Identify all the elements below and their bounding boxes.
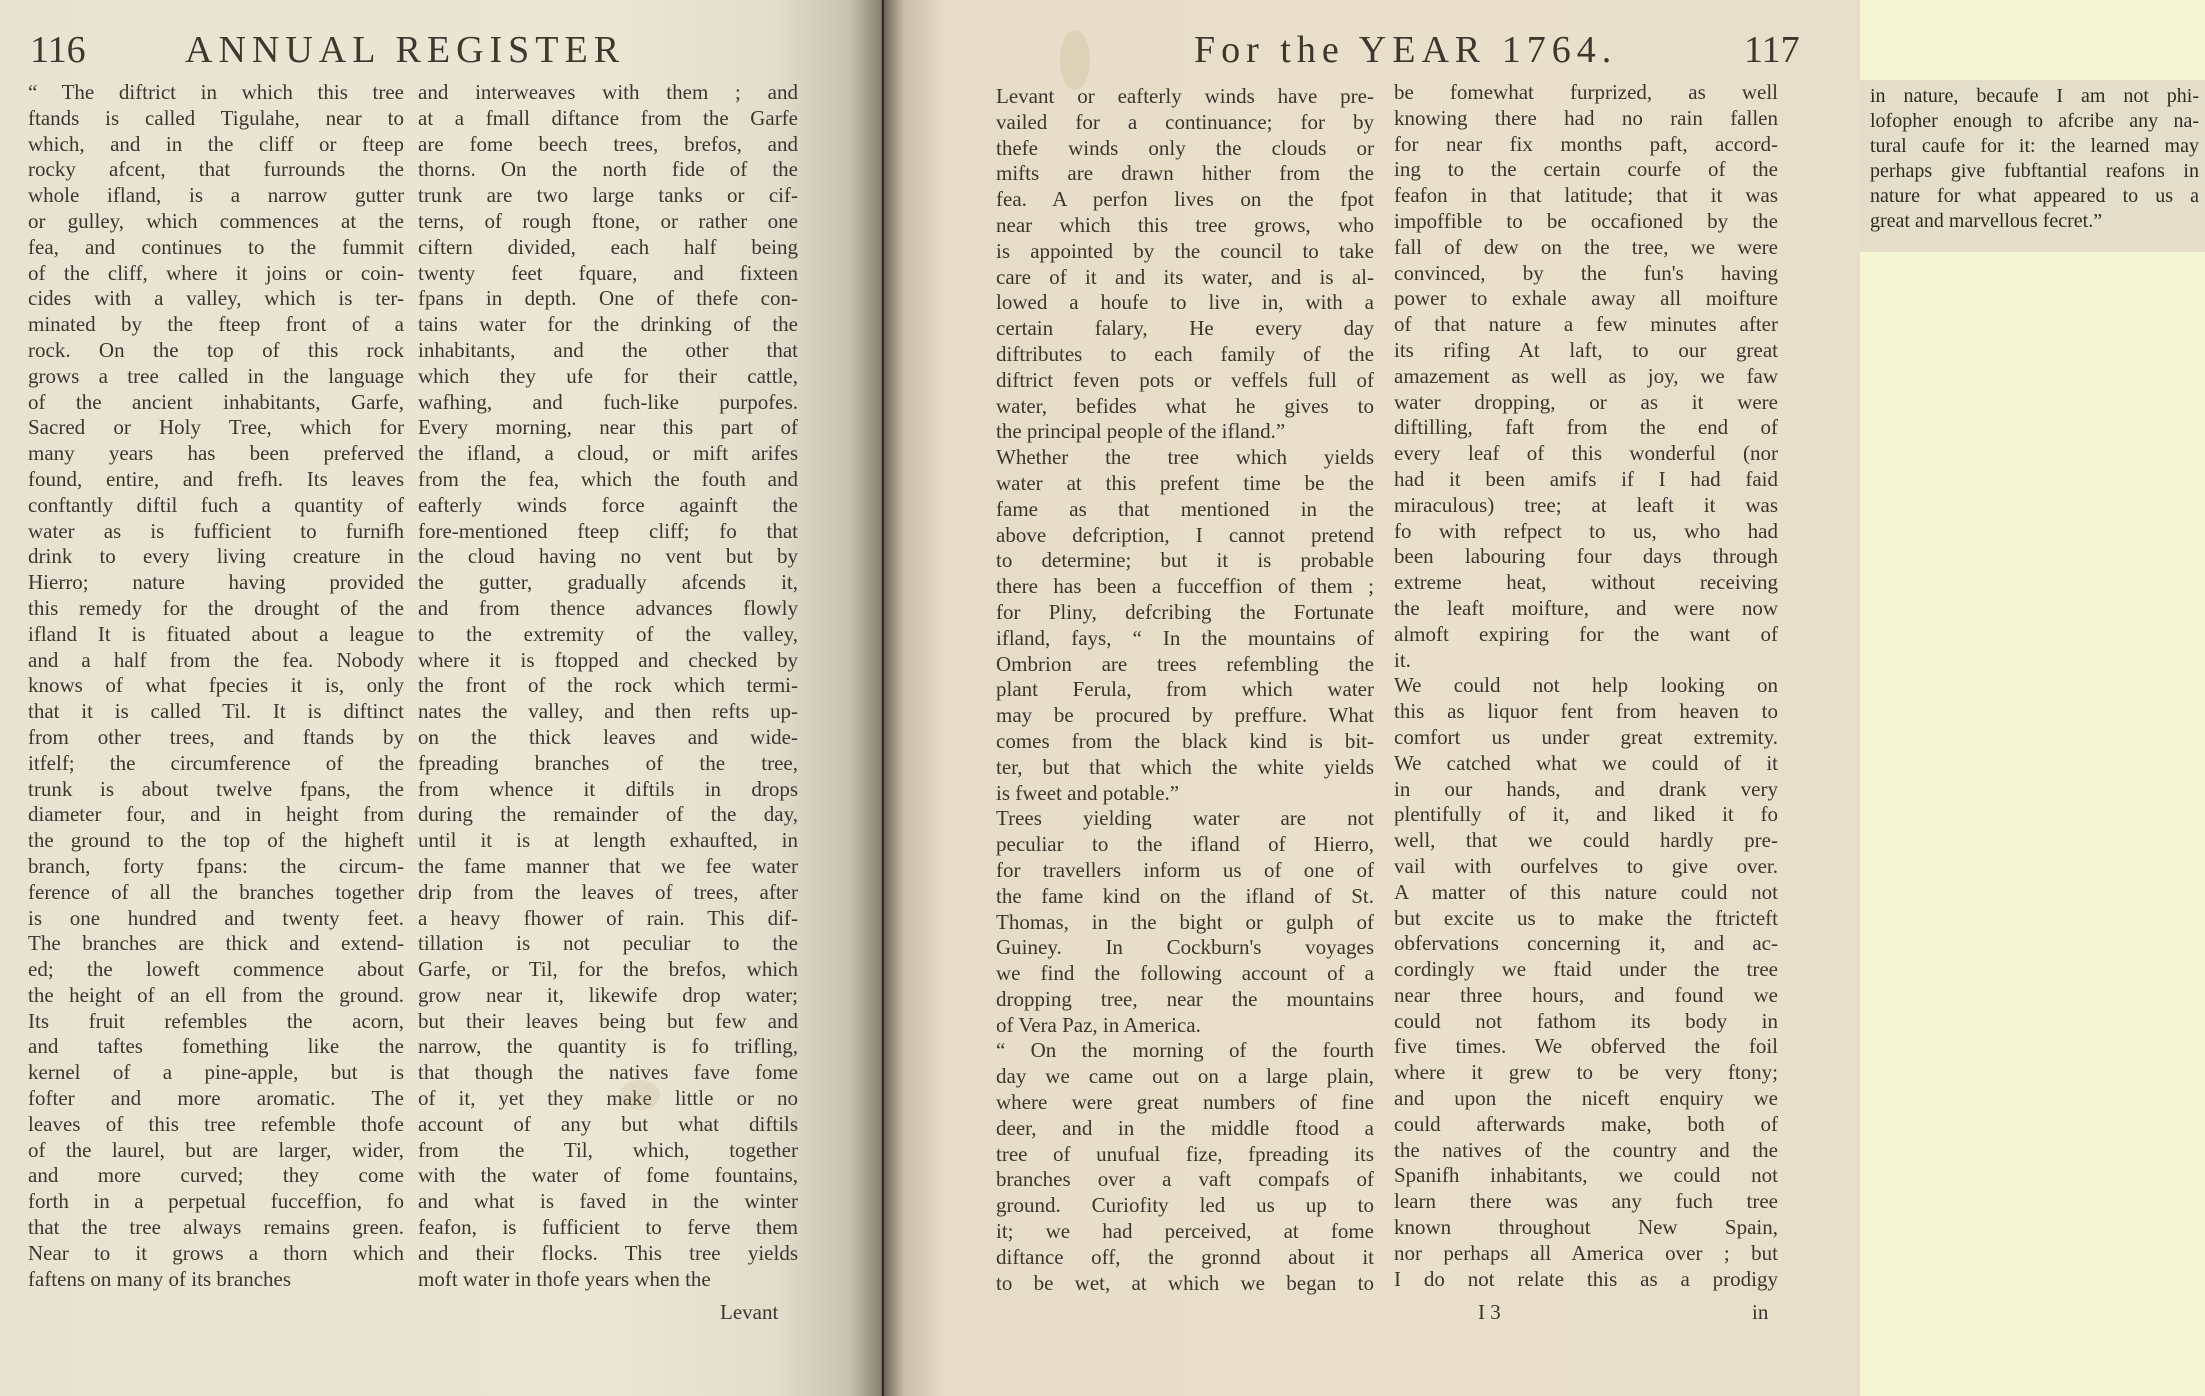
text-line: nates the valley, and then refts up- xyxy=(418,699,798,725)
text-line: which, and in the cliff or fteep xyxy=(28,132,404,158)
text-line: day we came out on a large plain, xyxy=(996,1064,1374,1090)
text-line: of it, yet they make little or no xyxy=(418,1086,798,1112)
text-line: twenty feet fquare, and fixteen xyxy=(418,261,798,287)
text-line: in nature, becaufe I am not phi- xyxy=(1870,84,2199,109)
text-line: whole ifland, is a narrow gutter xyxy=(28,183,404,209)
text-line: diftilling, faft from the end of xyxy=(1394,415,1778,441)
book-spread: 116 ANNUAL REGISTER “ The diftrict in wh… xyxy=(0,0,1860,1396)
running-head-left: ANNUAL REGISTER xyxy=(185,28,625,72)
text-line: convinced, by the fun's having xyxy=(1394,261,1778,287)
text-line: with the water of fome fountains, xyxy=(418,1163,798,1189)
text-line: ftands is called Tigulahe, near to xyxy=(28,106,404,132)
text-line: ifland, fays, “ In the mountains of xyxy=(996,626,1374,652)
text-line: itfelf; the circumference of the xyxy=(28,751,404,777)
text-line: inhabitants, and the other that xyxy=(418,338,798,364)
text-line: diameter four, and in height from xyxy=(28,802,404,828)
text-line: which they ufe for their cattle, xyxy=(418,364,798,390)
text-line: rock. On the top of this rock xyxy=(28,338,404,364)
text-line: the cloud having no vent but by xyxy=(418,544,798,570)
text-line: but their leaves being but few and xyxy=(418,1009,798,1035)
text-line: We catched what we could of it xyxy=(1394,751,1778,777)
text-line: five times. We obferved the foil xyxy=(1394,1034,1778,1060)
text-line: during the remainder of the day, xyxy=(418,802,798,828)
text-line: ifland It is fituated about a league xyxy=(28,622,404,648)
text-line: for Pliny, defcribing the Fortunate xyxy=(996,600,1374,626)
text-line: trunk is about twelve fpans, the xyxy=(28,777,404,803)
text-line: knows of what fpecies it is, only xyxy=(28,673,404,699)
text-line: many years has been preferved xyxy=(28,441,404,467)
text-line: dropping tree, near the mountains xyxy=(996,987,1374,1013)
text-line: could not fathom its body in xyxy=(1394,1009,1778,1035)
text-line: it; we had perceived, at fome xyxy=(996,1219,1374,1245)
text-line: and more curved; they come xyxy=(28,1163,404,1189)
text-line: leaves of this tree refemble thofe xyxy=(28,1112,404,1138)
text-line: ing to the certain courfe of the xyxy=(1394,157,1778,183)
text-line: thorns. On the north fide of the xyxy=(418,157,798,183)
text-column-right-2: be fomewhat furprized, as wellknowing th… xyxy=(1394,80,1778,1292)
text-line: obfervations concerning it, and ac- xyxy=(1394,931,1778,957)
text-line: from the Til, which, together xyxy=(418,1138,798,1164)
text-line: that it is called Til. It is diftinct xyxy=(28,699,404,725)
text-line: could afterwards make, both of xyxy=(1394,1112,1778,1138)
text-line: tillation is not peculiar to the xyxy=(418,931,798,957)
text-line: kernel of a pine-apple, but is xyxy=(28,1060,404,1086)
text-line: had it been amifs if I had faid xyxy=(1394,467,1778,493)
text-line: fall of dew on the tree, we were xyxy=(1394,235,1778,261)
text-line: diftance off, the gronnd about it xyxy=(996,1245,1374,1271)
text-line: near which this tree grows, who xyxy=(996,213,1374,239)
text-line: We could not help looking on xyxy=(1394,673,1778,699)
text-line: every leaf of this wonderful (nor xyxy=(1394,441,1778,467)
text-line: in our hands, and drank very xyxy=(1394,777,1778,803)
text-line: and taftes fomething like the xyxy=(28,1034,404,1060)
text-line: plant Ferula, from which water xyxy=(996,677,1374,703)
text-line: cides with a valley, which is ter- xyxy=(28,286,404,312)
text-line: great and marvellous fecret.” xyxy=(1870,209,2199,234)
text-line: found, entire, and frefh. Its leaves xyxy=(28,467,404,493)
text-line: the ground to the top of the higheft xyxy=(28,828,404,854)
text-line: learn there was any fuch tree xyxy=(1394,1189,1778,1215)
continuation-clipping: in nature, becaufe I am not phi-lofopher… xyxy=(1860,80,2205,252)
text-line: wafhing, and fuch-like purpofes. xyxy=(418,390,798,416)
text-line: rocky afcent, that furrounds the xyxy=(28,157,404,183)
text-line: to determine; but it is probable xyxy=(996,548,1374,574)
text-line: the natives of the country and the xyxy=(1394,1138,1778,1164)
text-line: A matter of this nature could not xyxy=(1394,880,1778,906)
text-line: that though the natives fave fome xyxy=(418,1060,798,1086)
text-line: and their flocks. This tree yields xyxy=(418,1241,798,1267)
text-line: of the ancient inhabitants, Garfe, xyxy=(28,390,404,416)
text-line: fpreading branches of the tree, xyxy=(418,751,798,777)
text-line: for travellers inform us of one of xyxy=(996,858,1374,884)
text-line: is one hundred and twenty feet. xyxy=(28,906,404,932)
text-line: is appointed by the council to take xyxy=(996,239,1374,265)
text-line: lowed a houfe to live in, with a xyxy=(996,290,1374,316)
text-line: conftantly diftil fuch a quantity of xyxy=(28,493,404,519)
text-line: water, befides what he gives to xyxy=(996,394,1374,420)
text-line: Spanifh inhabitants, we could not xyxy=(1394,1163,1778,1189)
text-line: water as is fufficient to furnifh xyxy=(28,519,404,545)
text-line: been labouring four days through xyxy=(1394,544,1778,570)
text-line: thefe winds only the clouds or xyxy=(996,136,1374,162)
text-line: lofopher enough to afcribe any na- xyxy=(1870,109,2199,134)
text-line: where were great numbers of fine xyxy=(996,1090,1374,1116)
paper-stain xyxy=(620,1080,660,1110)
catchword-right: in xyxy=(1752,1300,1768,1325)
text-line: extreme heat, without receiving xyxy=(1394,570,1778,596)
text-line: narrow, the quantity is fo trifling, xyxy=(418,1034,798,1060)
text-line: water at this prefent time be the xyxy=(996,471,1374,497)
text-line: from other trees, and ftands by xyxy=(28,725,404,751)
text-line: almoft expiring for the want of xyxy=(1394,622,1778,648)
text-line: terns, of rough ftone, or rather one xyxy=(418,209,798,235)
text-line: plentifully of it, and liked it fo xyxy=(1394,802,1778,828)
text-line: nature for what appeared to us a xyxy=(1870,184,2199,209)
text-line: miraculous) tree; at leaft it was xyxy=(1394,493,1778,519)
text-line: The branches are thick and extend- xyxy=(28,931,404,957)
text-line: the fame kind on the ifland of St. xyxy=(996,884,1374,910)
text-line: minated by the fteep front of a xyxy=(28,312,404,338)
text-line: the leaft moifture, and were now xyxy=(1394,596,1778,622)
text-line: ter, but that which the white yields xyxy=(996,755,1374,781)
text-column-left-1: “ The diftrict in which this treeftands … xyxy=(28,80,404,1292)
text-line: fea. A perfon lives on the fpot xyxy=(996,187,1374,213)
text-line: Thomas, in the bight or gulph of xyxy=(996,910,1374,936)
text-line: moft water in thofe years when the xyxy=(418,1267,798,1293)
text-line: well, that we could hardly pre- xyxy=(1394,828,1778,854)
text-column-left-2: and interweaves with them ; andat a fmal… xyxy=(418,80,798,1292)
text-line: certain falary, He every day xyxy=(996,316,1374,342)
text-line: nor perhaps all America over ; but xyxy=(1394,1241,1778,1267)
text-line: from the fea, which the fouth and xyxy=(418,467,798,493)
text-line: to the extremity of the valley, xyxy=(418,622,798,648)
text-line: grows a tree called in the language xyxy=(28,364,404,390)
text-line: Guiney. In Cockburn's voyages xyxy=(996,935,1374,961)
text-line: Hierro; nature having provided xyxy=(28,570,404,596)
text-line: vailed for a continuance; for by xyxy=(996,110,1374,136)
text-line: where it is ftopped and checked by xyxy=(418,648,798,674)
text-line: grow near it, likewife drop water; xyxy=(418,983,798,1009)
text-line: trunk are two large tanks or cif- xyxy=(418,183,798,209)
running-head-right: For the YEAR 1764. xyxy=(1194,28,1617,72)
text-line: at a fmall diftance from the Garfe xyxy=(418,106,798,132)
text-line: and upon the niceft enquiry we xyxy=(1394,1086,1778,1112)
catchword-left: Levant xyxy=(720,1300,778,1325)
text-line: Ombrion are trees refembling the xyxy=(996,652,1374,678)
text-line: eafterly winds force againft the xyxy=(418,493,798,519)
text-line: that the tree always remains green. xyxy=(28,1215,404,1241)
text-line: care of it and its water, and is al- xyxy=(996,265,1374,291)
text-line: faftens on many of its branches xyxy=(28,1267,404,1293)
text-line: drip from the leaves of trees, after xyxy=(418,880,798,906)
text-line: the principal people of the ifland.” xyxy=(996,419,1374,445)
text-line: tains water for the drinking of the xyxy=(418,312,798,338)
text-line: known throughout New Spain, xyxy=(1394,1215,1778,1241)
text-line: fo with refpect to us, who had xyxy=(1394,519,1778,545)
text-line: Sacred or Holy Tree, which for xyxy=(28,415,404,441)
text-line: there has been a fucceffion of them ; xyxy=(996,574,1374,600)
text-line: Trees yielding water are not xyxy=(996,806,1374,832)
text-line: the gutter, gradually afcends it, xyxy=(418,570,798,596)
text-line: ference of all the branches together xyxy=(28,880,404,906)
text-column-right-1: Levant or eafterly winds have pre-vailed… xyxy=(996,84,1374,1296)
text-line: the ifland, a cloud, or mift arifes xyxy=(418,441,798,467)
left-page: 116 ANNUAL REGISTER “ The diftrict in wh… xyxy=(0,0,884,1396)
text-line: or gulley, which commences at the xyxy=(28,209,404,235)
text-line: account of any but what diftils xyxy=(418,1112,798,1138)
text-line: it. xyxy=(1394,648,1778,674)
signature-mark: I 3 xyxy=(1478,1300,1501,1325)
text-line: its rifing At laft, to our great xyxy=(1394,338,1778,364)
text-line: feafon, is fufficient to ferve them xyxy=(418,1215,798,1241)
text-line: amazement as well as joy, we faw xyxy=(1394,364,1778,390)
text-line: diftrict feven pots or veffels full of xyxy=(996,368,1374,394)
text-line: this remedy for the drought of the xyxy=(28,596,404,622)
paper-stain xyxy=(1060,30,1090,90)
text-line: Garfe, or Til, for the brefos, which xyxy=(418,957,798,983)
text-line: the height of an ell from the ground. xyxy=(28,983,404,1009)
text-line: I do not relate this as a prodigy xyxy=(1394,1267,1778,1293)
text-line: peculiar to the ifland of Hierro, xyxy=(996,832,1374,858)
text-line: where it grew to be very ftony; xyxy=(1394,1060,1778,1086)
text-line: we find the following account of a xyxy=(996,961,1374,987)
text-line: Levant or eafterly winds have pre- xyxy=(996,84,1374,110)
text-line: branches over a vaft compafs of xyxy=(996,1167,1374,1193)
text-line: “ On the morning of the fourth xyxy=(996,1038,1374,1064)
text-line: comfort us under great extremity. xyxy=(1394,725,1778,751)
text-line: near three hours, and found we xyxy=(1394,983,1778,1009)
text-line: for near fix months paft, accord- xyxy=(1394,132,1778,158)
text-line: from whence it diftils in drops xyxy=(418,777,798,803)
text-line: to be wet, at which we began to xyxy=(996,1271,1374,1297)
text-line: Near to it grows a thorn which xyxy=(28,1241,404,1267)
text-line: diftributes to each family of the xyxy=(996,342,1374,368)
text-line: perhaps give fubftantial reafons in xyxy=(1870,159,2199,184)
text-line: and interweaves with them ; and xyxy=(418,80,798,106)
text-line: on the thick leaves and wide- xyxy=(418,725,798,751)
text-line: and a half from the fea. Nobody xyxy=(28,648,404,674)
text-line: of the cliff, where it joins or coin- xyxy=(28,261,404,287)
text-line: of the laurel, but are larger, wider, xyxy=(28,1138,404,1164)
text-line: this as liquor fent from heaven to xyxy=(1394,699,1778,725)
text-line: forth in a perpetual fucceffion, fo xyxy=(28,1189,404,1215)
text-line: fpans in depth. One of thefe con- xyxy=(418,286,798,312)
text-line: fea, and continues to the fummit xyxy=(28,235,404,261)
text-line: of Vera Paz, in America. xyxy=(996,1013,1374,1039)
text-line: fore-mentioned fteep cliff; fo that xyxy=(418,519,798,545)
text-line: the fame manner that we fee water xyxy=(418,854,798,880)
text-line: may be procured by preffure. What xyxy=(996,703,1374,729)
page-number-left: 116 xyxy=(30,28,86,72)
text-line: feafon in that latitude; that it was xyxy=(1394,183,1778,209)
text-line: impoffible to be occafioned by the xyxy=(1394,209,1778,235)
text-line: until it is at length exhaufted, in xyxy=(418,828,798,854)
text-line: Its fruit refembles the acorn, xyxy=(28,1009,404,1035)
text-line: comes from the black kind is bit- xyxy=(996,729,1374,755)
text-line: ground. Curiofity led us up to xyxy=(996,1193,1374,1219)
text-line: cordingly we ftaid under the tree xyxy=(1394,957,1778,983)
text-line: Whether the tree which yields xyxy=(996,445,1374,471)
text-line: Every morning, near this part of xyxy=(418,415,798,441)
text-line: deer, and in the middle ftood a xyxy=(996,1116,1374,1142)
text-line: drink to every living creature in xyxy=(28,544,404,570)
text-line: power to exhale away all moifture xyxy=(1394,286,1778,312)
text-line: but excite us to make the ftricteft xyxy=(1394,906,1778,932)
text-line: tree of unufual fize, fpreading its xyxy=(996,1142,1374,1168)
text-line: vail with ourfelves to give over. xyxy=(1394,854,1778,880)
text-line: fame as that mentioned in the xyxy=(996,497,1374,523)
text-line: branch, forty fpans: the circum- xyxy=(28,854,404,880)
text-line: knowing there had no rain fallen xyxy=(1394,106,1778,132)
text-line: are fome beech trees, brefos, and xyxy=(418,132,798,158)
text-line: ciftern divided, each half being xyxy=(418,235,798,261)
text-line: fofter and more aromatic. The xyxy=(28,1086,404,1112)
text-line: water dropping, or as it were xyxy=(1394,390,1778,416)
right-page: For the YEAR 1764. 117 Levant or eafterl… xyxy=(884,0,1860,1396)
text-line: and what is faved in the winter xyxy=(418,1189,798,1215)
text-line: ed; the loweft commence about xyxy=(28,957,404,983)
text-line: of that nature a few minutes after xyxy=(1394,312,1778,338)
text-line: mifts are drawn hither from the xyxy=(996,161,1374,187)
text-line: the front of the rock which termi- xyxy=(418,673,798,699)
text-line: be fomewhat furprized, as well xyxy=(1394,80,1778,106)
text-line: “ The diftrict in which this tree xyxy=(28,80,404,106)
text-line: is fweet and potable.” xyxy=(996,781,1374,807)
text-line: and from thence advances flowly xyxy=(418,596,798,622)
text-line: a heavy fhower of rain. This dif- xyxy=(418,906,798,932)
text-line: above defcription, I cannot pretend xyxy=(996,523,1374,549)
text-line: tural caufe for it: the learned may xyxy=(1870,134,2199,159)
page-number-right: 117 xyxy=(1744,28,1800,72)
